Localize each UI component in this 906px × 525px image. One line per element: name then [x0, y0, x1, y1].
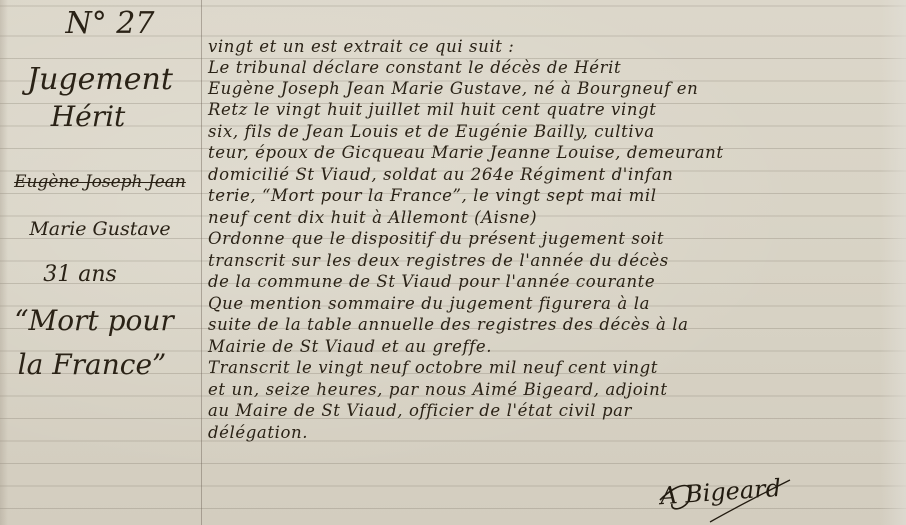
- body-line: Transcrit le vingt neuf octobre mil neuf…: [208, 357, 658, 379]
- body-line: terie, “Mort pour la France”, le vingt s…: [208, 185, 657, 207]
- register-page: N° 27 Jugement Hérit Eugène Joseph Jean …: [0, 0, 906, 525]
- entry-heading: Jugement: [0, 62, 200, 97]
- body-line: Le tribunal déclare constant le décès de…: [208, 57, 621, 79]
- mention-line-1: “Mort pour: [0, 304, 194, 337]
- mention-line-2: la France”: [0, 348, 192, 381]
- margin-annotation: N° 27 Jugement Hérit Eugène Joseph Jean …: [0, 0, 200, 525]
- body-line: Retz le vingt huit juillet mil huit cent…: [208, 99, 656, 121]
- given-names-line-1: Eugène Joseph Jean: [0, 172, 200, 192]
- body-line: Ordonne que le dispositif du présent jug…: [208, 228, 664, 250]
- body-line: suite de la table annuelle des registres…: [208, 314, 689, 336]
- entry-number: N° 27: [10, 6, 210, 41]
- body-line: Eugène Joseph Jean Marie Gustave, né à B…: [208, 78, 698, 100]
- entry-age: 31 ans: [0, 262, 180, 287]
- body-line: six, fils de Jean Louis et de Eugénie Ba…: [208, 121, 655, 143]
- body-line: au Maire de St Viaud, officier de l'état…: [208, 400, 632, 422]
- body-line: vingt et un est extrait ce qui suit :: [208, 36, 514, 58]
- body-line: de la commune de St Viaud pour l'année c…: [208, 271, 655, 293]
- body-line: Que mention sommaire du jugement figurer…: [208, 293, 650, 315]
- body-line: Mairie de St Viaud et au greffe.: [208, 336, 492, 358]
- body-line: domicilié St Viaud, soldat au 264e Régim…: [208, 164, 673, 186]
- body-line: teur, époux de Gicqueau Marie Jeanne Lou…: [208, 142, 724, 164]
- entry-surname: Hérit: [0, 100, 188, 133]
- body-line: et un, seize heures, par nous Aimé Bigea…: [208, 379, 668, 401]
- body-line: délégation.: [208, 422, 308, 444]
- margin-divider: [201, 0, 202, 525]
- given-names-line-2: Marie Gustave: [0, 218, 200, 240]
- body-line: transcrit sur les deux registres de l'an…: [208, 250, 669, 272]
- entry-body: vingt et un est extrait ce qui suit : Le…: [208, 0, 888, 525]
- body-line: neuf cent dix huit à Allemont (Aisne): [208, 207, 537, 229]
